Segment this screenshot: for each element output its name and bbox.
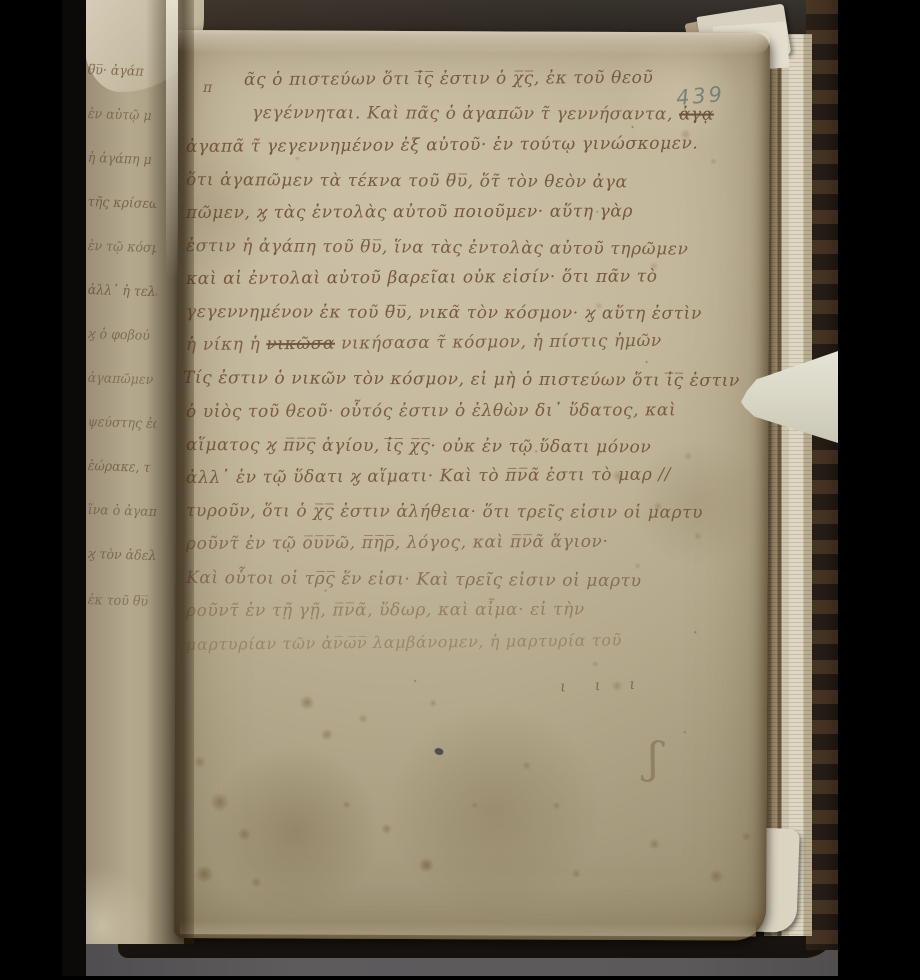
line-text: Τίς ἐστιν ὁ νικῶν τὸν κόσμον, εἰ μὴ ὁ πι… (183, 368, 740, 391)
line-strikethrough: νικῶσα (266, 334, 335, 355)
triple-iota-marks: ι ι ι (560, 674, 648, 695)
line-text: γεγέννηται. Καὶ πᾶς ὁ ἀγαπῶν τ̃ γεννήσαν… (252, 103, 679, 124)
black-frame (838, 0, 920, 980)
line-text: καὶ αἱ ἐντολαὶ αὐτοῦ βαρεῖαι οὐκ εἰσίν· … (186, 267, 658, 289)
gutter-fold-highlight (166, 0, 178, 280)
manuscript-line: καὶ αἱ ἐντολαὶ αὐτοῦ βαρεῖαι οὐκ εἰσίν· … (186, 267, 658, 289)
manuscript-line: ἀγαπᾶ τ̃ γεγεννημένον ἐξ αὐτοῦ· ἐν τούτῳ… (186, 133, 699, 157)
manuscript-line: αἵματος ϗ π̅ν̅ς̅ ἁγίου, ἰ̅ς̅ χ̅ς̅· οὐκ ἐ… (186, 435, 651, 457)
line-text: ὅτι ἀγαπῶμεν τὰ τέκνα τοῦ θ̅υ̅, ὅτ̃ τὸν … (186, 170, 628, 192)
manuscript-line: ὁ υἱὸς τοῦ θεοῦ· οὗτός ἐστιν ὁ ἐλθὼν δι᾽… (186, 400, 676, 422)
manuscript-line: πῶμεν, ϗ τὰς ἐντολὰς αὐτοῦ ποιοῦμεν· αὕτ… (186, 201, 633, 223)
manuscript-line: τυροῦν, ὅτι ὁ χ̅ς̅ ἐστιν ἀλήθεια· ὅτι τρ… (186, 501, 703, 523)
manuscript-photo: θ̅υ̅· ἀγάπ ἐν αὐτῷ μ ἡ ἀγάπη μ τῆς κρίσε… (0, 0, 920, 980)
line-text: ἀγαπᾶ τ̃ γεγεννημένον ἐξ αὐτοῦ· ἐν τούτῳ… (186, 133, 699, 157)
line-text: γεγεννημένον ἐκ τοῦ θ̅υ̅, νικᾶ τὸν κόσμο… (186, 302, 702, 324)
line-text: Καὶ οὗτοι οἱ τρ̅ς̅ ἕν εἰσι· Καὶ τρεῖς εἰ… (186, 568, 642, 591)
line-text: ᾶς ὁ πιστεύων ὅτι ἰ̅ς̅ ἐστιν ὁ χ̅ς̅, ἐκ … (244, 68, 654, 90)
line-text: ροῦντ̃ ἐν τῷ ο̅υ̅ν̅ῶ, π̅η̅ρ̅, λόγος, καὶ… (186, 532, 609, 554)
line-text: ἐστιν ἡ ἀγάπη τοῦ θ̅υ̅, ἵνα τὰς ἐντολὰς … (186, 236, 689, 260)
line-text: ροῦντ̃ ἐν τῇ γῇ, π̅ν̅ᾶ, ὕδωρ, καὶ αἷμα· … (186, 600, 585, 621)
line-text-after: νικήσασα τ̃ κόσμον, ἡ πίστις ἡμῶν (335, 331, 662, 354)
line-text: ἡ νίκη ἡ (186, 334, 266, 355)
line-text: πῶμεν, ϗ τὰς ἐντολὰς αὐτοῦ ποιοῦμεν· αὕτ… (186, 201, 633, 223)
line-text: αἵματος ϗ π̅ν̅ς̅ ἁγίου, ἰ̅ς̅ χ̅ς̅· οὐκ ἐ… (186, 435, 651, 457)
manuscript-line: Τίς ἐστιν ὁ νικῶν τὸν κόσμον, εἰ μὴ ὁ πι… (183, 368, 740, 391)
line-strikethrough: ἀγᾳ (679, 104, 714, 124)
manuscript-line: Καὶ οὗτοι οἱ τρ̅ς̅ ἕν εἰσι· Καὶ τρεῖς εἰ… (186, 568, 642, 591)
manuscript-line: γεγεννημένον ἐκ τοῦ θ̅υ̅, νικᾶ τὸν κόσμο… (186, 302, 702, 324)
line-text: τυροῦν, ὅτι ὁ χ̅ς̅ ἐστιν ἀλήθεια· ὅτι τρ… (186, 501, 703, 523)
manuscript-line: ἐστιν ἡ ἀγάπη τοῦ θ̅υ̅, ἵνα τὰς ἐντολὰς … (186, 236, 689, 260)
manuscript-line: γεγέννηται. Καὶ πᾶς ὁ ἀγαπῶν τ̃ γεννήσαν… (252, 103, 714, 125)
manuscript-line: ᾶς ὁ πιστεύων ὅτι ἰ̅ς̅ ἐστιν ὁ χ̅ς̅, ἐκ … (244, 68, 654, 90)
manuscript-line: ἀλλ᾽ ἐν τῷ ὕδατι ϗ αἵματι· Καὶ τὸ π̅ν̅ᾶ … (186, 465, 671, 488)
manuscript-line: ἡ νίκη ἡ νικῶσα νικήσασα τ̃ κόσμον, ἡ πί… (186, 331, 662, 355)
margin-mark: π (203, 80, 212, 96)
fore-edge-page-stack (764, 34, 812, 936)
manuscript-line: ὅτι ἀγαπῶμεν τὰ τέκνα τοῦ θ̅υ̅, ὅτ̃ τὸν … (186, 170, 628, 192)
line-text: ἀλλ᾽ ἐν τῷ ὕδατι ϗ αἵματι· Καὶ τὸ π̅ν̅ᾶ … (186, 465, 671, 488)
black-frame (0, 976, 920, 980)
manuscript-line: ροῦντ̃ ἐν τῷ ο̅υ̅ν̅ῶ, π̅η̅ρ̅, λόγος, καὶ… (186, 532, 609, 554)
manuscript-line: ροῦντ̃ ἐν τῇ γῇ, π̅ν̅ᾶ, ὕδωρ, καὶ αἷμα· … (186, 600, 585, 621)
line-text: ὁ υἱὸς τοῦ θεοῦ· οὗτός ἐστιν ὁ ἐλθὼν δι᾽… (186, 400, 676, 422)
photo-edge-shadow (62, 0, 86, 976)
